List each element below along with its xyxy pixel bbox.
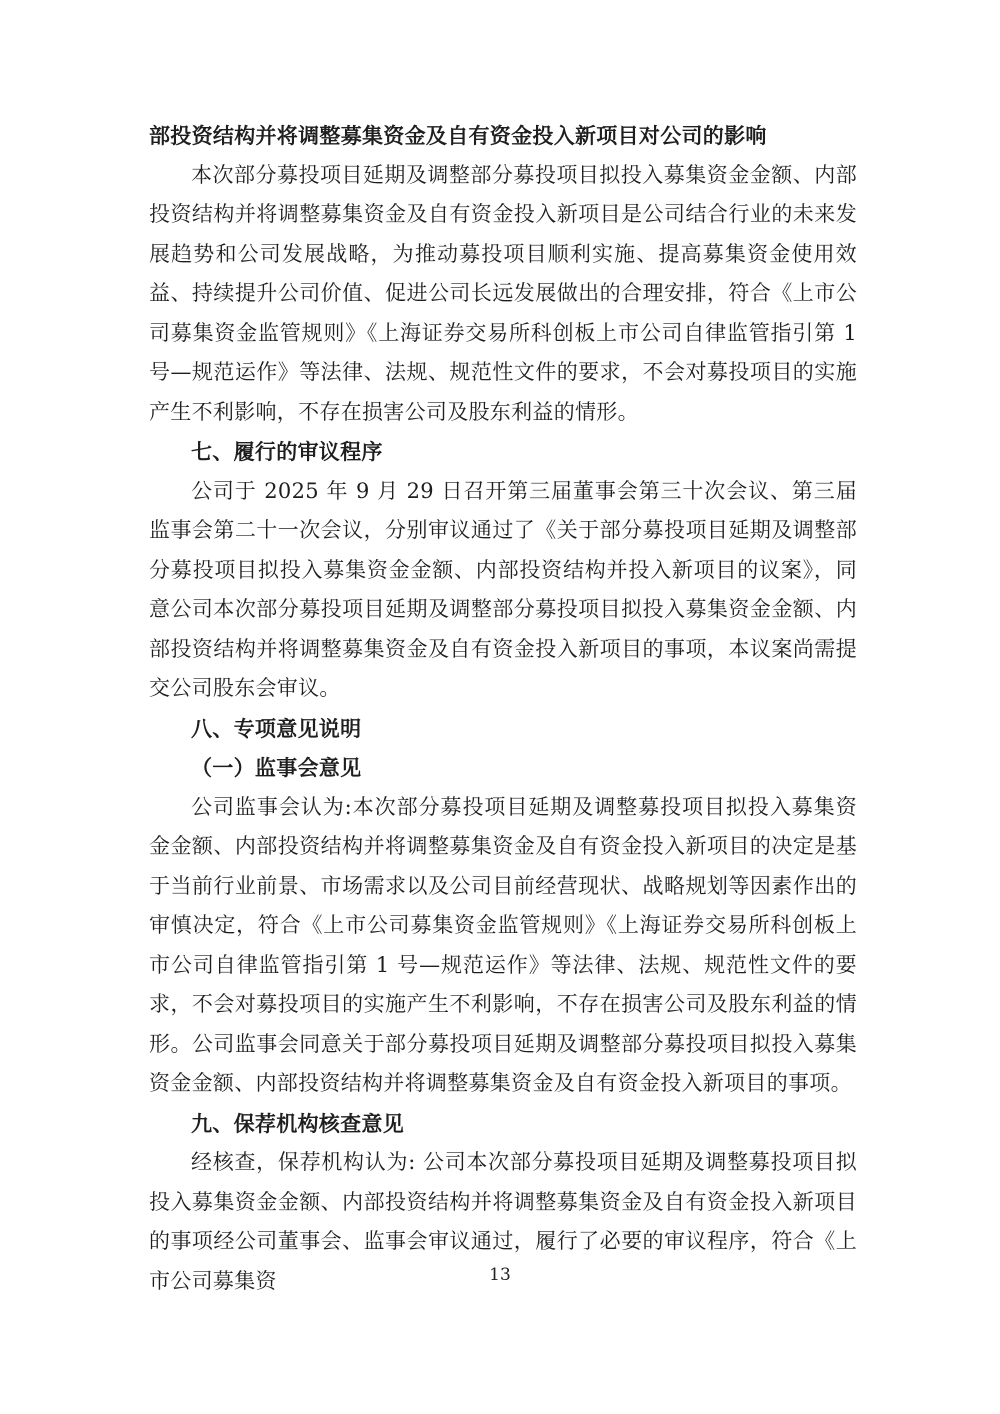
paragraph-supervisory-board-opinion: 公司监事会认为:本次部分募投项目延期及调整募投项目拟投入募集资金金额、内部投资结… — [149, 788, 857, 1104]
document-page: 部投资结构并将调整募集资金及自有资金投入新项目对公司的影响 本次部分募投项目延期… — [0, 0, 1000, 1414]
paragraph-impact-analysis: 本次部分募投项目延期及调整部分募投项目拟投入募集资金金额、内部投资结构并将调整募… — [149, 156, 857, 433]
paragraph-review-procedure: 公司于 2025 年 9 月 29 日召开第三届董事会第三十次会议、第三届监事会… — [149, 472, 857, 709]
document-body: 部投资结构并将调整募集资金及自有资金投入新项目对公司的影响 本次部分募投项目延期… — [149, 116, 857, 1301]
section-heading-special-opinions: 八、专项意见说明 — [149, 709, 857, 749]
section-heading-sponsor-verification-opinion: 九、保荐机构核查意见 — [149, 1104, 857, 1144]
section-heading-review-procedure: 七、履行的审议程序 — [149, 432, 857, 472]
section-heading-impact-continuation: 部投资结构并将调整募集资金及自有资金投入新项目对公司的影响 — [149, 116, 857, 156]
page-number: 13 — [0, 1260, 1000, 1290]
sub-heading-supervisory-board-opinion: （一）监事会意见 — [149, 748, 857, 788]
